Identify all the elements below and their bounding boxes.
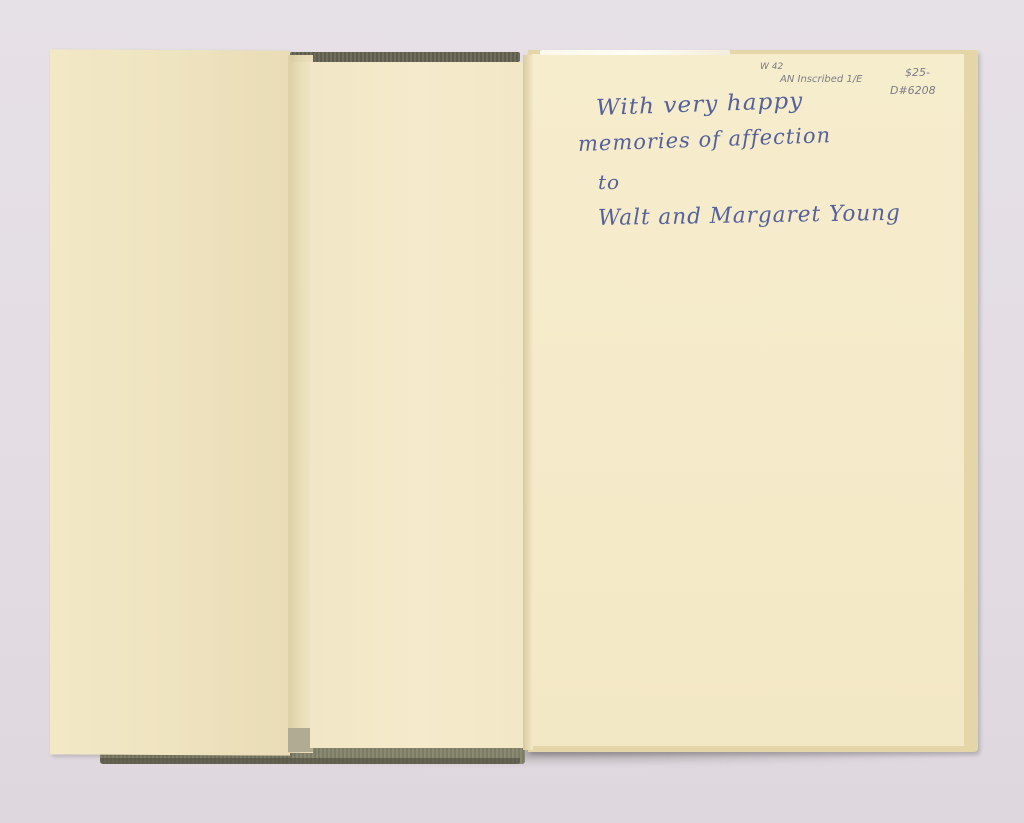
spine-bottom-edge	[100, 758, 520, 764]
free-endpaper	[310, 62, 527, 748]
dust-jacket-flap	[50, 49, 290, 755]
inscribed-page	[532, 54, 964, 746]
inscription-line-4: Walt and Margaret Young	[598, 201, 901, 231]
gutter	[523, 55, 533, 750]
pencil-note-line1: W 42	[760, 62, 783, 72]
spine-top-cloth	[290, 52, 520, 62]
page-top-edge	[540, 50, 730, 55]
pencil-price: $25-	[905, 66, 930, 79]
pencil-note-line2: AN Inscribed 1/E	[780, 74, 862, 85]
pencil-code: D#6208	[890, 84, 936, 97]
inscription-line-3: to	[598, 170, 620, 194]
